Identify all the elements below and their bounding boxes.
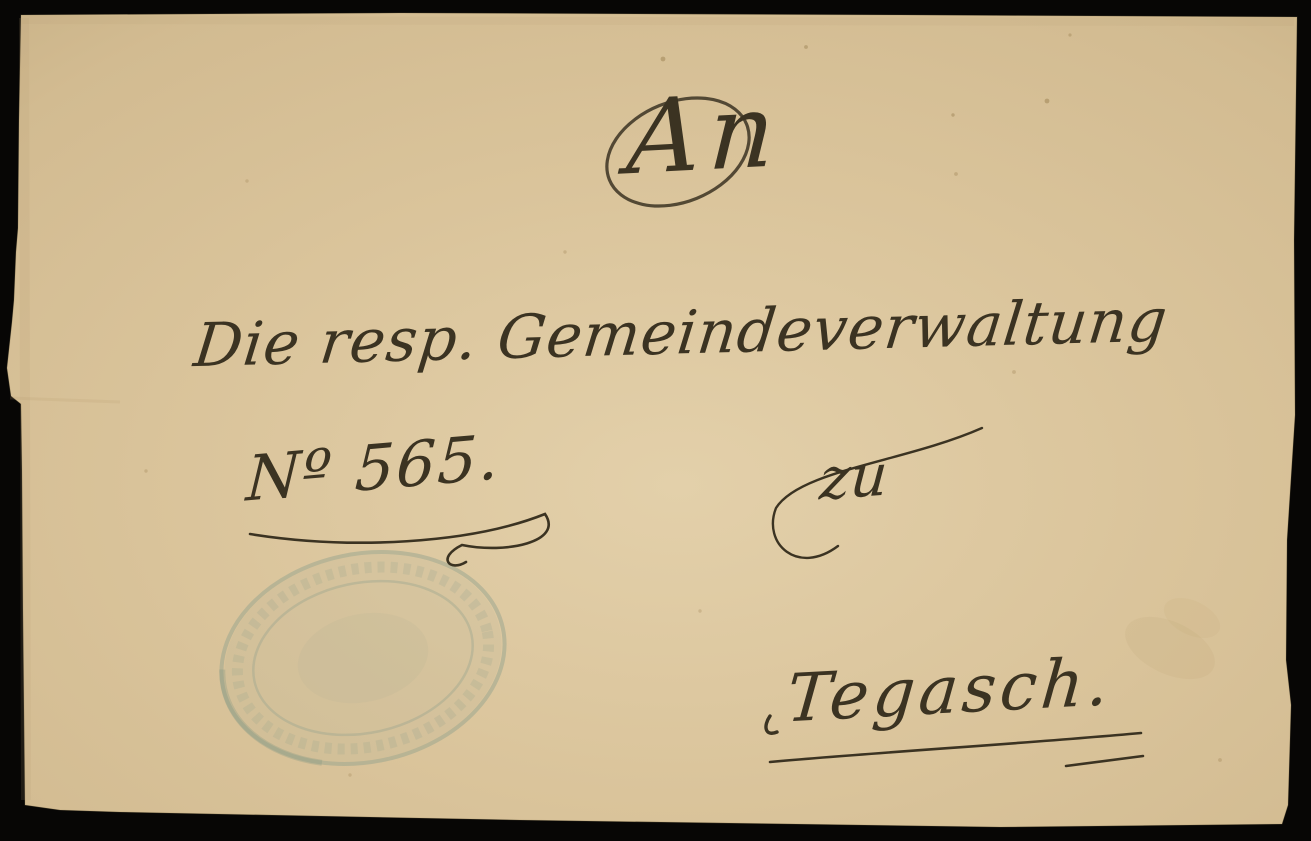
paper-edge-shadow-top: [22, 20, 1294, 22]
preposition-text: zu: [818, 445, 890, 508]
salutation-text: An: [625, 80, 786, 191]
paper-edge-shadow-left: [24, 18, 26, 800]
destination-text: Tegasch.: [784, 649, 1115, 732]
photo-frame: An Die resp. Gemeindeverwaltung Nº 565. …: [0, 0, 1311, 841]
